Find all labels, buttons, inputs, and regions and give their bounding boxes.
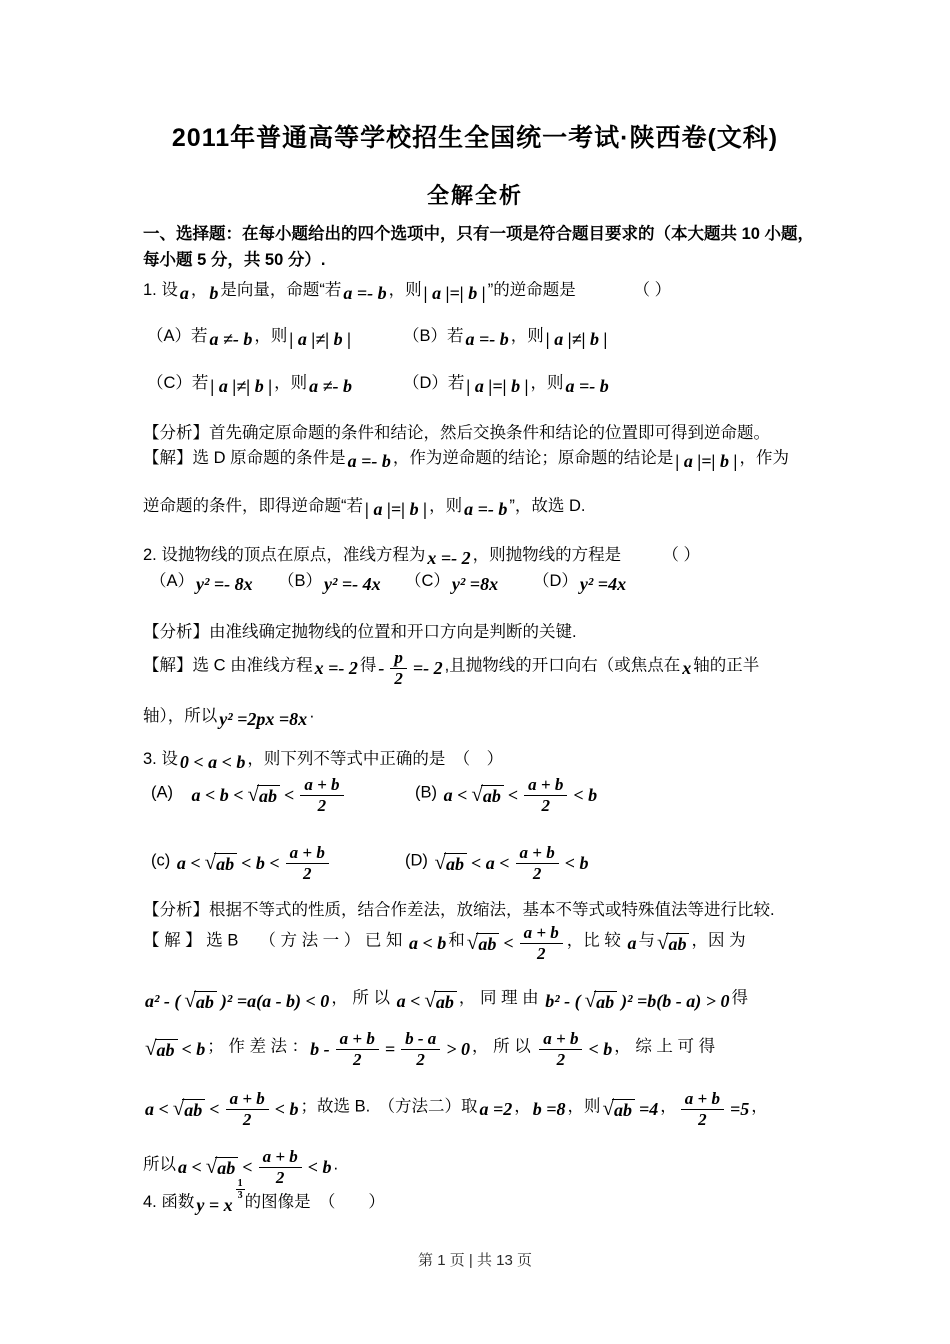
fraction-denominator: 2	[300, 795, 343, 816]
sqrt-expression: √ab	[248, 785, 281, 807]
text-run: ， 同 理 由	[459, 989, 543, 1007]
text-run: ，则	[567, 1097, 600, 1115]
radical-sign-icon: √	[424, 990, 436, 1011]
fraction-numerator: a + b	[336, 1029, 379, 1049]
fraction-denominator: 2	[401, 1049, 440, 1070]
radical-sign-icon: √	[145, 1038, 157, 1059]
text-run: ，比 较	[567, 931, 626, 949]
math-run: <	[501, 933, 515, 953]
text-run: ，	[660, 1097, 677, 1115]
text-run: （B）若	[403, 327, 464, 345]
math-run: a	[625, 933, 638, 953]
fraction-denominator: 2	[336, 1049, 379, 1070]
sqrt-expression: √ab	[206, 1157, 239, 1179]
fraction: a + b2	[520, 923, 563, 965]
fraction-numerator: a + b	[539, 1029, 582, 1049]
question-2-analysis: 【分析】由准线确定抛物线的位置和开口方向是判断的关键.	[143, 618, 858, 642]
question-3-solution-line-2: a² - (√ab)² =a(a - b) < 0， 所 以 a <√ab， 同…	[143, 984, 858, 1013]
radical-sign-icon: √	[173, 1098, 185, 1119]
text-run: 【解】选 C 由准线方程	[143, 656, 313, 674]
text-run: （C）若	[147, 374, 208, 392]
fraction-denominator: 3	[236, 1189, 245, 1201]
fraction-denominator: 2	[226, 1109, 269, 1130]
question-2-option-a: （A）y² =- 8x	[150, 567, 255, 595]
sqrt-expression: √ab	[184, 991, 217, 1013]
math-run: y² =8x	[450, 574, 500, 594]
fraction-denominator: 2	[516, 863, 559, 884]
math-run: <	[240, 1157, 254, 1177]
math-run: b -	[308, 1039, 332, 1059]
document-body: 一、选择题：在每小题给出的四个选项中，只有一项是符合题目要求的（本大题共 10 …	[143, 0, 858, 1344]
math-run: < b <	[239, 853, 282, 873]
fraction-numerator: a + b	[286, 843, 329, 863]
fraction-denominator: 2	[286, 863, 329, 884]
text-run: ，作为	[739, 449, 789, 467]
radical-sign-icon: √	[602, 1098, 614, 1119]
text-run: (D)	[405, 851, 433, 869]
radical-sign-icon: √	[205, 852, 217, 873]
fraction-denominator: 2	[520, 943, 563, 964]
math-run: < b	[180, 1039, 208, 1059]
fraction-numerator: a + b	[300, 775, 343, 795]
sqrt-expression: √ab	[602, 1099, 635, 1121]
fraction-numerator: p	[390, 648, 407, 668]
math-run: a	[178, 283, 191, 303]
math-run: < b	[586, 1039, 614, 1059]
radicand: ab	[444, 853, 467, 875]
text-run: （D）	[533, 572, 578, 590]
radicand: ab	[194, 991, 217, 1013]
math-run: < b	[306, 1157, 334, 1177]
question-3-analysis-text: 【分析】根据不等式的性质，结合作差法，放缩法，基本不等式或特殊值法等进行比较.	[143, 901, 775, 919]
page-footer: 第 1 页 | 共 13 页	[0, 1249, 950, 1270]
fraction-denominator: 2	[390, 668, 407, 689]
math-run: a =- b	[346, 451, 393, 471]
question-1-option-a: （A）若a ≠- b，则| a |≠| b |	[147, 322, 353, 350]
fraction-denominator: 2	[539, 1049, 582, 1070]
text-run: 轴），所以	[143, 707, 217, 725]
question-3-option-b: (B) a <√ab<a + b2< b	[415, 772, 599, 814]
math-run: -	[376, 658, 386, 678]
question-3-stem: 3. 设0 < a < b，则下列不等式中正确的是 （ ）	[143, 745, 858, 773]
math-run: y² =- 8x	[194, 574, 255, 594]
math-run: b² - (	[543, 991, 582, 1011]
math-run: | a |=| b |	[464, 376, 530, 396]
question-3-option-a: (A) a < b <√ab<a + b2	[151, 772, 348, 814]
text-run: (B)	[415, 783, 442, 801]
question-3-analysis: 【分析】根据不等式的性质，结合作差法，放缩法，基本不等式或特殊值法等进行比较.	[143, 896, 858, 920]
math-run: x =- 2	[425, 548, 472, 568]
text-run: （B）	[278, 572, 322, 590]
math-run: < a <	[469, 853, 512, 873]
question-2-option-b: （B）y² =- 4x	[278, 567, 383, 595]
text-run: 是向量，命题“若	[220, 281, 341, 299]
text-run: ；故选 B. （方法二）取	[301, 1097, 478, 1115]
text-run: (c)	[151, 851, 175, 869]
radicand: ab	[612, 1099, 635, 1121]
question-2-option-c: （C）y² =8x	[405, 567, 500, 595]
fraction-numerator: a + b	[226, 1089, 269, 1109]
section-heading-line-1: 一、选择题：在每小题给出的四个选项中，只有一项是符合题目要求的（本大题共 10 …	[143, 222, 858, 247]
fraction-numerator: a + b	[524, 775, 567, 795]
text-run: ·	[309, 707, 315, 725]
text-run: ， 所 以	[472, 1037, 535, 1055]
text-run: （C）	[405, 572, 450, 590]
question-2-stem: 2. 设抛物线的顶点在原点，准线方程为x =- 2，则抛物线的方程是 （ ）	[143, 541, 858, 569]
math-run: a =- b	[464, 329, 511, 349]
question-1-stem: 1. 设a，b是向量，命题“若a =- b，则| a |=| b |”的逆命题是…	[143, 276, 858, 304]
math-run: <	[506, 785, 520, 805]
sqrt-expression: √ab	[205, 853, 238, 875]
text-run: ，则	[389, 281, 422, 299]
math-run: | a |≠| b |	[208, 376, 274, 396]
math-run: a =- b	[462, 499, 509, 519]
text-run: ”，故选 D.	[509, 497, 585, 515]
math-run: | a |≠| b |	[287, 329, 353, 349]
math-run: a <	[175, 853, 203, 873]
text-run: ，	[191, 281, 208, 299]
radicand: ab	[434, 991, 457, 1013]
math-run: )² =a(a - b) < 0	[219, 991, 331, 1011]
math-run: =	[383, 1039, 397, 1059]
question-1-option-c: （C）若| a |≠| b |，则a ≠- b	[147, 369, 354, 397]
text-run: (A)	[151, 783, 190, 801]
text-run: （A）	[150, 572, 194, 590]
math-run: > 0	[444, 1039, 472, 1059]
math-run: a <	[442, 785, 470, 805]
fraction-denominator: 2	[681, 1109, 724, 1130]
question-3-solution-line-1: 【 解 】 选 B （ 方 法 一 ） 已 知 a < b和√ab<a + b2…	[143, 920, 858, 962]
fraction-numerator: a + b	[259, 1147, 302, 1167]
question-3-solution-line-4: a <√ab<a + b2< b；故选 B. （方法二）取a =2，b =8，则…	[143, 1086, 858, 1128]
question-1-solution-line-1: 【解】选 D 原命题的条件是a =- b，作为逆命题的结论；原命题的结论是| a…	[143, 444, 858, 472]
math-run: | a |=| b |	[422, 283, 488, 303]
math-run: 0 < a < b	[178, 752, 248, 772]
text-run: 3. 设	[143, 750, 178, 768]
math-run: x	[680, 658, 693, 678]
text-run: 逆命题的条件，即得逆命题“若	[143, 497, 363, 515]
math-run: < b	[571, 785, 599, 805]
math-run: y² =4x	[578, 574, 628, 594]
fraction: a + b2	[681, 1089, 724, 1131]
text-run: ，则	[531, 374, 564, 392]
fraction: a + b2	[336, 1029, 379, 1071]
text-run: ，则下列不等式中正确的是 （ ）	[247, 750, 503, 768]
fraction: a + b2	[524, 775, 567, 817]
radicand: ab	[215, 1157, 238, 1179]
question-1-analysis-text: 【分析】首先确定原命题的条件和结论，然后交换条件和结论的位置即可得到逆命题。	[143, 424, 770, 442]
sqrt-expression: √ab	[424, 991, 457, 1013]
radicand: ab	[476, 933, 499, 955]
math-run: <	[207, 1099, 221, 1119]
fraction: a + b2	[539, 1029, 582, 1071]
text-run: 2. 设抛物线的顶点在原点，准线方程为	[143, 546, 425, 564]
exam-document-page: 2011年普通高等学校招生全国统一考试·陕西卷(文科) 全解全析 一、选择题：在…	[0, 0, 950, 1344]
question-2-option-d: （D）y² =4x	[533, 567, 628, 595]
math-run: x =- 2	[313, 658, 360, 678]
exponent-fraction: 13	[236, 1178, 245, 1201]
text-run: ， 所 以	[331, 989, 394, 1007]
math-run: a =- b	[341, 283, 388, 303]
text-run: ，	[514, 1097, 531, 1115]
question-3-option-d: (D) √ab< a <a + b2< b	[405, 840, 591, 882]
math-run: y² =- 4x	[322, 574, 383, 594]
radicand: ab	[214, 853, 237, 875]
radicand: ab	[666, 933, 689, 955]
fraction-numerator: a + b	[681, 1089, 724, 1109]
text-run: ，因 为	[691, 931, 745, 949]
math-run: b =8	[531, 1099, 568, 1119]
math-run: a =- b	[564, 376, 611, 396]
math-run: =- 2	[411, 658, 445, 678]
radical-sign-icon: √	[184, 990, 196, 1011]
text-run: ，则	[511, 327, 544, 345]
section-heading-line-2: 每小题 5 分，共 50 分）.	[143, 248, 858, 273]
radical-sign-icon: √	[248, 784, 260, 805]
text-run: 【解】选 D 原命题的条件是	[143, 449, 346, 467]
text-run: ； 作 差 法 ：	[207, 1037, 308, 1055]
sqrt-expression: √ab	[145, 1039, 178, 1061]
fraction-numerator: b - a	[401, 1029, 440, 1049]
text-run: ， 综 上 可 得	[614, 1037, 715, 1055]
radicand: ab	[594, 991, 617, 1013]
math-run: | a |=| b |	[673, 451, 739, 471]
math-run: a ≠- b	[307, 376, 354, 396]
math-run: a ≠- b	[208, 329, 255, 349]
fraction: a + b2	[226, 1089, 269, 1131]
text-run: ，作为逆命题的结论；原命题的结论是	[393, 449, 674, 467]
radical-sign-icon: √	[657, 932, 669, 953]
text-run: .	[334, 1155, 339, 1173]
text-run: 所以	[143, 1155, 176, 1173]
question-2-analysis-text: 【分析】由准线确定抛物线的位置和开口方向是判断的关键.	[143, 623, 577, 641]
question-2-solution-line-2: 轴），所以y² =2px =8x·	[143, 702, 858, 730]
sqrt-expression: √ab	[585, 991, 618, 1013]
fraction: b - a2	[401, 1029, 440, 1071]
text-run: 1. 设	[143, 281, 178, 299]
text-run: ”的逆命题是 （ ）	[488, 281, 671, 299]
question-3-option-c: (c) a <√ab< b <a + b2	[151, 840, 333, 882]
text-run: （D）若	[403, 374, 464, 392]
text-run: 与	[638, 931, 655, 949]
math-run: y² =2px =8x	[217, 709, 309, 729]
radicand: ab	[481, 785, 504, 807]
fraction: p2	[390, 648, 407, 690]
text-run: 得	[360, 656, 377, 674]
fraction: a + b2	[516, 843, 559, 885]
math-run: =5	[728, 1099, 751, 1119]
fraction: a + b2	[286, 843, 329, 885]
text-run: 轴的正半	[693, 656, 759, 674]
text-run: ，则	[429, 497, 462, 515]
text-run: ，则抛物线的方程是 （ ）	[473, 546, 700, 564]
question-3-solution-line-3: √ab< b； 作 差 法 ：b -a + b2=b - a2> 0， 所 以 …	[143, 1026, 858, 1068]
question-4-stem: 4. 函数y = x13的图像是 （ ）	[143, 1178, 858, 1216]
text-run: （A）若	[147, 327, 208, 345]
math-run: < b	[273, 1099, 301, 1119]
question-1-analysis: 【分析】首先确定原命题的条件和结论，然后交换条件和结论的位置即可得到逆命题。	[143, 419, 858, 443]
radical-sign-icon: √	[467, 932, 479, 953]
question-1-solution-line-2: 逆命题的条件，即得逆命题“若| a |=| b |，则a =- b”，故选 D.	[143, 492, 858, 520]
math-run: <	[282, 785, 296, 805]
math-run: y = x	[194, 1195, 234, 1215]
sqrt-expression: √ab	[471, 785, 504, 807]
math-run: =4	[637, 1099, 660, 1119]
fraction: a + b2	[300, 775, 343, 817]
math-run: < b	[563, 853, 591, 873]
fraction-denominator: 2	[524, 795, 567, 816]
sqrt-expression: √ab	[657, 933, 690, 955]
math-run: b	[207, 283, 220, 303]
text-run: ,且抛物线的开口向右（或焦点在	[445, 656, 681, 674]
radical-sign-icon: √	[435, 852, 447, 873]
math-run: a < b	[407, 933, 448, 953]
math-run: | a |=| b |	[363, 499, 429, 519]
radicand: ab	[182, 1099, 205, 1121]
math-run: a =2	[477, 1099, 514, 1119]
text-run: ，	[751, 1097, 768, 1115]
question-1-option-b: （B）若a =- b，则| a |≠| b |	[403, 322, 610, 350]
sqrt-expression: √ab	[467, 933, 500, 955]
math-run: a <	[395, 991, 423, 1011]
sqrt-expression: √ab	[435, 853, 468, 875]
fraction-numerator: 1	[236, 1178, 245, 1189]
text-run: 得	[732, 989, 749, 1007]
question-1-option-d: （D）若| a |=| b |，则a =- b	[403, 369, 611, 397]
math-run: | a |≠| b |	[544, 329, 610, 349]
text-run: ，则	[274, 374, 307, 392]
text-run: 和	[448, 931, 465, 949]
sqrt-expression: √ab	[173, 1099, 206, 1121]
radical-sign-icon: √	[206, 1156, 218, 1177]
radical-sign-icon: √	[585, 990, 597, 1011]
text-run: 4. 函数	[143, 1193, 194, 1211]
math-run: a < b <	[190, 785, 246, 805]
radicand: ab	[257, 785, 280, 807]
math-run: a <	[143, 1099, 171, 1119]
text-run: 的图像是 （ ）	[245, 1193, 385, 1211]
text-run: 【 解 】 选 B （ 方 法 一 ） 已 知	[143, 931, 407, 949]
math-run: a² - (	[143, 991, 182, 1011]
radicand: ab	[155, 1039, 178, 1061]
question-2-solution-line-1: 【解】选 C 由准线方程x =- 2得-p2=- 2,且抛物线的开口向右（或焦点…	[143, 645, 858, 687]
math-run: a <	[176, 1157, 204, 1177]
fraction-numerator: a + b	[516, 843, 559, 863]
radical-sign-icon: √	[471, 784, 483, 805]
fraction-numerator: a + b	[520, 923, 563, 943]
math-run: )² =b(b - a) > 0	[619, 991, 731, 1011]
text-run: ，则	[254, 327, 287, 345]
